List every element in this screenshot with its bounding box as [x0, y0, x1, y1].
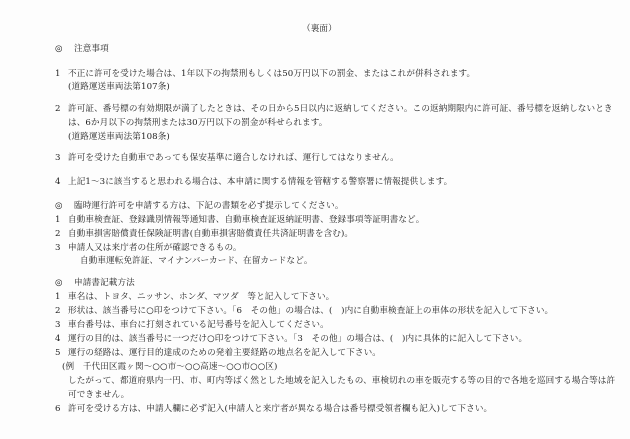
item-text: 申請人又は来庁者の住所が確認できるもの。	[68, 243, 242, 254]
item-number: 1	[55, 215, 60, 226]
item-text: したがって、都道府県内一円、市、町内等ばく然とした地域を記入したもの、車検切れの…	[68, 376, 615, 387]
section-title: 臨時運行許可を申請する方は、下記の書類を必ず提示してください。	[74, 201, 344, 212]
section-marker-icon: ◎	[55, 278, 63, 289]
item-text: 運行の目的は、該当番号に一つだけ○印をつけて下さい。「3 その他」の場合は、( …	[68, 334, 527, 345]
section-marker-icon: ◎	[55, 44, 63, 55]
item-number: 2	[55, 306, 60, 317]
section-title: 注意事項	[74, 44, 109, 55]
item-number: 4	[55, 177, 60, 188]
page-heading: （裏面）	[302, 24, 337, 35]
item-number: 2	[55, 104, 60, 115]
item-text: 上記1～3に該当すると思われる場合は、本申請に関する情報を管轄する警察署に情報提…	[68, 177, 452, 188]
item-text: 形状は、該当番号に○印をつけて下さい。「6 その他」の場合は、( )内に自動車検…	[68, 306, 553, 317]
item-text: 許可証、番号標の有効期限が満了したときは、その日から5日以内に返納してください。…	[68, 104, 613, 115]
item-number: 5	[55, 348, 60, 359]
section-marker-icon: ◎	[55, 201, 63, 212]
section-title: 申請書記載方法	[74, 278, 135, 289]
item-number: 3	[55, 320, 60, 331]
item-number: 6	[55, 404, 60, 415]
item-text: 可できません。	[68, 390, 129, 401]
item-number: 1	[55, 69, 60, 80]
item-text: 車名は、トヨタ、ニッサン、ホンダ、マツダ 等と記入して下さい。	[68, 292, 334, 303]
item-number: 1	[55, 292, 60, 303]
item-text: (道路運送車両法第107条)	[68, 82, 170, 93]
item-text: 自動車運転免許証、マイナンバーカード、在留カードなど。	[80, 256, 313, 267]
item-number: 3	[55, 243, 60, 254]
item-text: 許可を受けた自動車であっても保安基準に適合しなければ、運行してはなりません。	[68, 153, 399, 164]
item-text: 許可を受ける方は、申請人欄に必ず記入(申請人と来庁者が異なる場合は番号標受領者欄…	[68, 404, 492, 415]
item-text: は、6か月以下の拘禁刑または30万円以下の罰金が科せられます。	[68, 118, 327, 129]
item-text: 自動車損害賠償責任保険証明書(自動車損害賠償責任共済証明書を含む)。	[68, 229, 353, 240]
item-text: (例 千代田区霞ヶ関～○○市～○○高速～○○市○○区)	[62, 362, 278, 373]
item-text: 車台番号は、車台に打刻されている記号番号を記入してください。	[68, 320, 329, 331]
item-text: (道路運送車両法第108条)	[68, 132, 170, 143]
item-text: 不正に許可を受けた場合は、1年以下の拘禁刑もしくは50万円以下の罰金、またはこれ…	[68, 69, 475, 80]
item-text: 運行の経路は、運行目的達成のための発着主要経路の地点名を記入して下さい。	[68, 348, 381, 359]
item-number: 4	[55, 334, 60, 345]
item-number: 2	[55, 229, 60, 240]
item-number: 3	[55, 153, 60, 164]
item-text: 自動車検査証、登録識別情報等通知書、自動車検査証返納証明書、登録事項等証明書など…	[68, 215, 424, 226]
